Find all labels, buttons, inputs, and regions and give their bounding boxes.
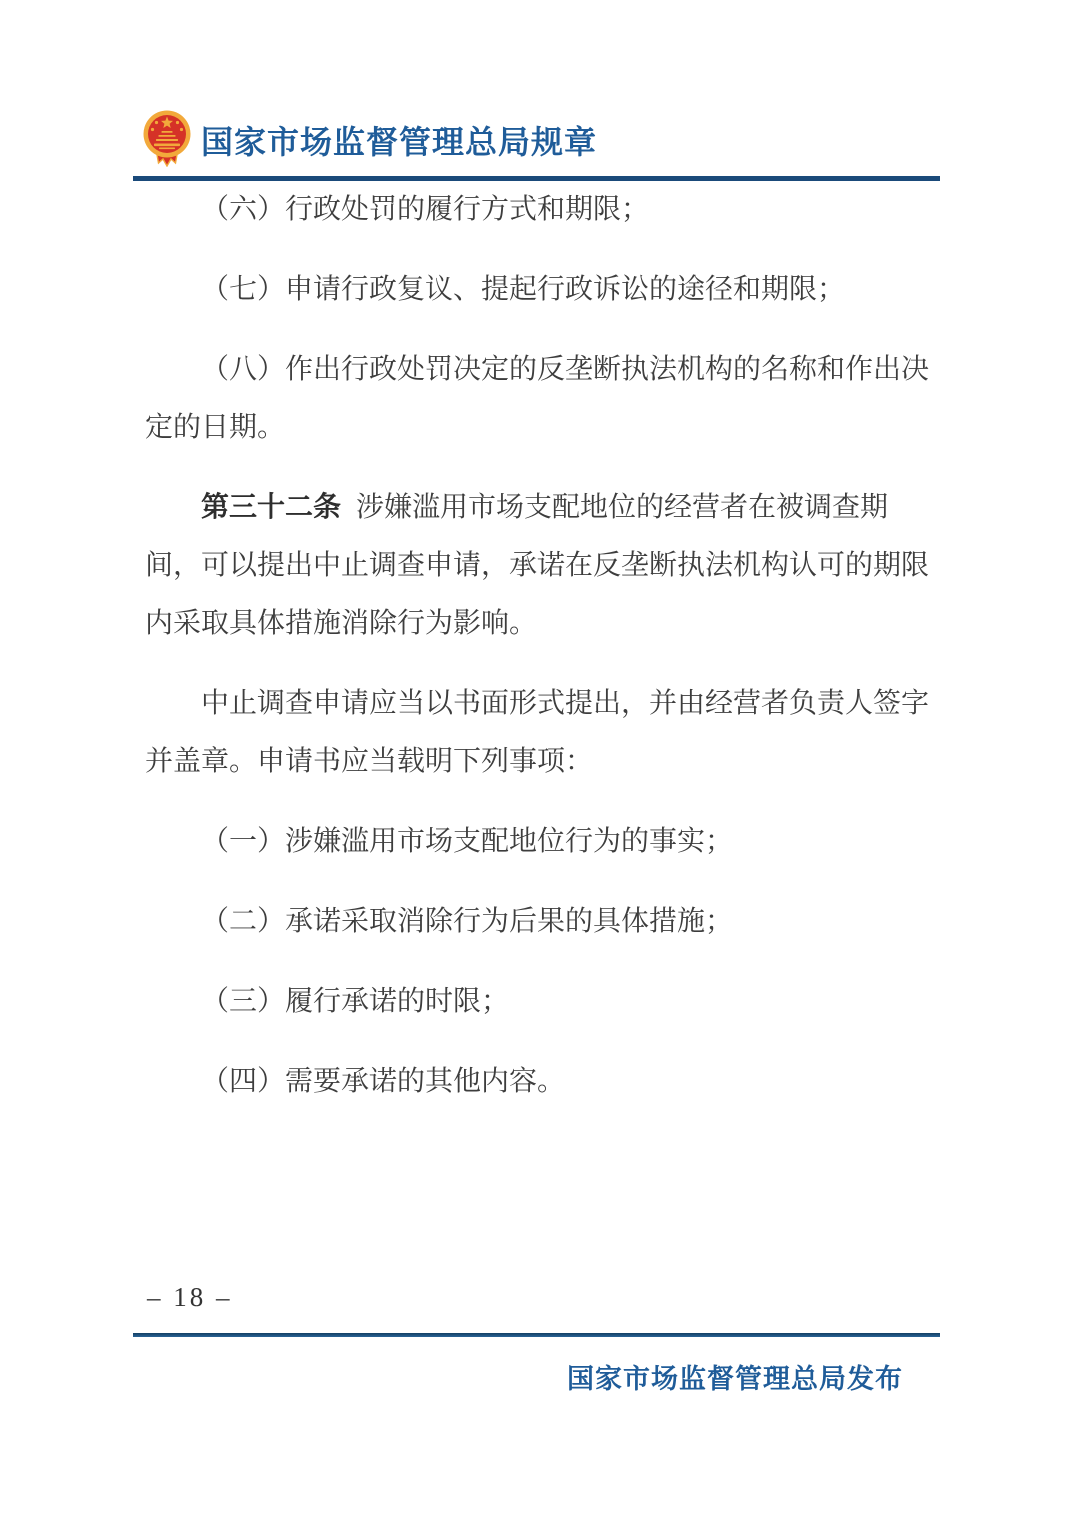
document-page: 国家市场监督管理总局规章 （六）行政处罚的履行方式和期限； （七）申请行政复议、… <box>0 0 1074 1520</box>
paragraph-line: 第三十二条涉嫌滥用市场支配地位的经营者在被调查期 <box>145 479 935 537</box>
paragraph-line: 间，可以提出中止调查申请，承诺在反垄断执法机构认可的期限 <box>145 537 935 595</box>
paragraph-line: 定的日期。 <box>145 399 935 457</box>
paragraph-line: 并盖章。申请书应当载明下列事项： <box>145 733 935 791</box>
paragraph-line: （三）履行承诺的时限； <box>145 973 935 1031</box>
paragraph-item-8: （八）作出行政处罚决定的反垄断执法机构的名称和作出决 定的日期。 <box>145 341 935 457</box>
paragraph-item-7: （七）申请行政复议、提起行政诉讼的途径和期限； <box>145 261 935 319</box>
document-body: （六）行政处罚的履行方式和期限； （七）申请行政复议、提起行政诉讼的途径和期限；… <box>145 181 935 1133</box>
paragraph-line: （二）承诺采取消除行为后果的具体措施； <box>145 893 935 951</box>
paragraph-item-4: （四）需要承诺的其他内容。 <box>145 1053 935 1111</box>
paragraph-line: （六）行政处罚的履行方式和期限； <box>145 181 935 239</box>
publisher-label: 国家市场监督管理总局发布 <box>133 1357 903 1396</box>
paragraph-line: 内采取具体措施消除行为影响。 <box>145 595 935 653</box>
article-number: 第三十二条 <box>201 492 341 523</box>
paragraph-item-1: （一）涉嫌滥用市场支配地位行为的事实； <box>145 813 935 871</box>
paragraph-application: 中止调查申请应当以书面形式提出，并由经营者负责人签字 并盖章。申请书应当载明下列… <box>145 675 935 791</box>
paragraph-line: （四）需要承诺的其他内容。 <box>145 1053 935 1111</box>
footer-rule <box>133 1333 940 1337</box>
paragraph-item-3: （三）履行承诺的时限； <box>145 973 935 1031</box>
national-emblem-icon <box>141 109 193 167</box>
page-number: – 18 – <box>147 1282 233 1313</box>
paragraph-line: （八）作出行政处罚决定的反垄断执法机构的名称和作出决 <box>145 341 935 399</box>
paragraph-line: （七）申请行政复议、提起行政诉讼的途径和期限； <box>145 261 935 319</box>
paragraph-line: 中止调查申请应当以书面形式提出，并由经营者负责人签字 <box>145 675 935 733</box>
paragraph-text: 涉嫌滥用市场支配地位的经营者在被调查期 <box>356 492 888 523</box>
paragraph-line: （一）涉嫌滥用市场支配地位行为的事实； <box>145 813 935 871</box>
header-title: 国家市场监督管理总局规章 <box>201 117 597 163</box>
paragraph-article-32: 第三十二条涉嫌滥用市场支配地位的经营者在被调查期 间，可以提出中止调查申请，承诺… <box>145 479 935 653</box>
paragraph-item-6: （六）行政处罚的履行方式和期限； <box>145 181 935 239</box>
paragraph-item-2: （二）承诺采取消除行为后果的具体措施； <box>145 893 935 951</box>
